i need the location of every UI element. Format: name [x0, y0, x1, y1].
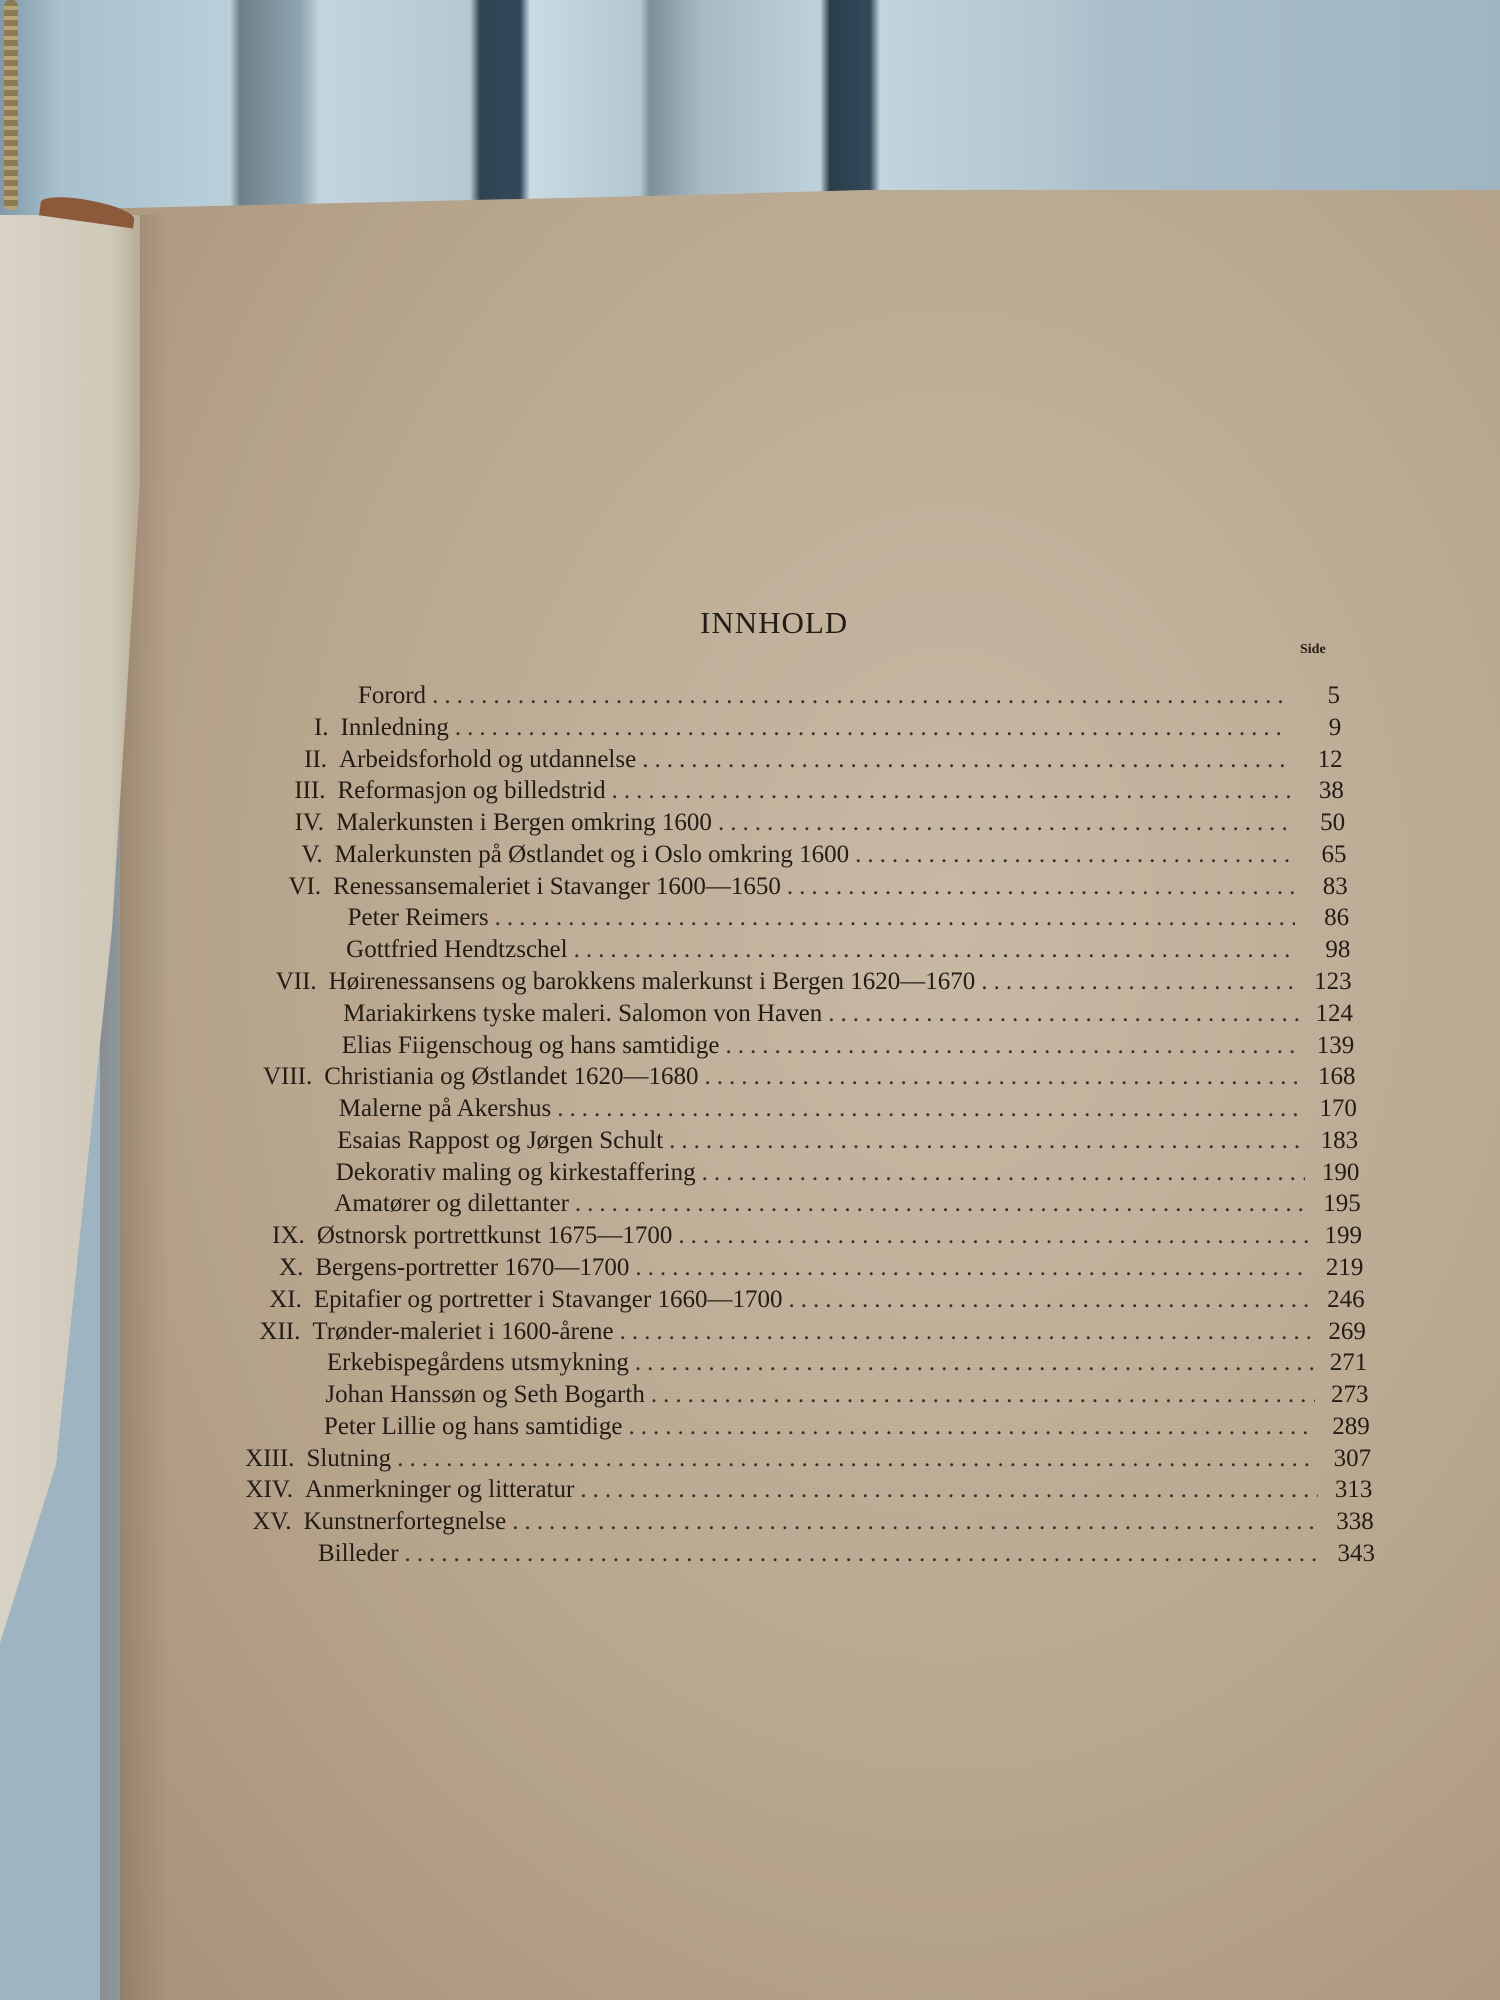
leader-dots: ........................................…	[705, 1063, 1302, 1091]
toc-entry: Esaias Rappost og Jørgen Schult.........…	[219, 1127, 1358, 1157]
page-number: 170	[1309, 1095, 1357, 1123]
chapter-number: XV.	[201, 1508, 291, 1536]
page-number: 269	[1318, 1318, 1366, 1346]
desk-lamp-arm	[4, 0, 18, 210]
toc-entry: Dekorativ maling og kirkestaffering.....…	[218, 1159, 1360, 1189]
leader-dots: ........................................…	[669, 1127, 1304, 1155]
toc-entry: Elias Fiigenschoug og hans samtidige....…	[224, 1032, 1355, 1062]
page-number: 289	[1322, 1413, 1370, 1441]
chapter-title: Trønder-maleriet i 1600-årene	[300, 1318, 613, 1346]
page-number: 139	[1306, 1032, 1354, 1060]
chapter-title: Forord	[330, 682, 426, 710]
toc-entry: XII.Trønder-maleriet i 1600-årene.......…	[210, 1318, 1366, 1348]
page-number: 338	[1326, 1508, 1374, 1536]
leader-dots: ........................................…	[432, 682, 1286, 710]
chapter-number: X.	[213, 1254, 303, 1282]
chapter-title: Peter Reimers	[320, 904, 489, 932]
toc-entry: XI.Epitafier og portretter i Stavanger 1…	[212, 1286, 1365, 1316]
leader-dots: ........................................…	[828, 1000, 1299, 1028]
chapter-title: Østnorsk portrettkunst 1675—1700	[305, 1222, 673, 1250]
page-number: 183	[1310, 1127, 1358, 1155]
leader-dots: ........................................…	[455, 714, 1287, 742]
toc-entry: Gottfried Hendtzschel...................…	[228, 936, 1350, 966]
chapter-title: Høirenessansens og barokkens malerkunst …	[317, 968, 976, 996]
toc-entry: XV.Kunstnerfortegnelse..................…	[201, 1508, 1373, 1538]
toc-entry: Johan Hanssøn og Seth Bogarth...........…	[207, 1381, 1368, 1411]
page-number: 168	[1308, 1063, 1356, 1091]
page-number: 271	[1319, 1349, 1367, 1377]
leader-dots: ........................................…	[678, 1222, 1308, 1250]
chapter-title: Erkebispegårdens utsmykning	[299, 1349, 629, 1377]
toc-entry: Forord..................................…	[240, 682, 1340, 712]
chapter-title: Dekorativ maling og kirkestaffering	[308, 1159, 696, 1187]
leader-dots: ........................................…	[725, 1032, 1300, 1060]
page-number: 65	[1298, 841, 1346, 869]
page-number: 124	[1305, 1000, 1353, 1028]
leader-dots: ........................................…	[620, 1318, 1312, 1346]
chapter-number: VI.	[231, 873, 321, 901]
leader-dots: ........................................…	[512, 1508, 1320, 1536]
page-number: 123	[1304, 968, 1352, 996]
chapter-number: XIII.	[204, 1445, 294, 1473]
leader-dots: ........................................…	[788, 1286, 1310, 1314]
chapter-title: Innledning	[329, 714, 449, 742]
page-number: 219	[1315, 1254, 1363, 1282]
chapter-title: Christiania og Østlandet 1620—1680	[312, 1063, 698, 1091]
chapter-title: Epitafier og portretter i Stavanger 1660…	[302, 1286, 783, 1314]
leader-dots: ........................................…	[574, 936, 1297, 964]
page-number: 195	[1313, 1190, 1361, 1218]
toc-entry: Erkebispegårdens utsmykning.............…	[209, 1349, 1367, 1379]
chapter-number: XII.	[210, 1318, 300, 1346]
chapter-title: Malerne på Akershus	[311, 1095, 551, 1123]
toc-title: INNHOLD	[700, 605, 848, 641]
page-number: 38	[1296, 777, 1344, 805]
chapter-title: Renessansemaleriet i Stavanger 1600—1650	[321, 873, 781, 901]
page-number: 190	[1311, 1159, 1359, 1187]
toc-entry: IV.Malerkunsten i Bergen omkring 1600...…	[234, 809, 1345, 839]
chapter-title: Johan Hanssøn og Seth Bogarth	[297, 1381, 644, 1409]
leader-dots: ........................................…	[635, 1254, 1309, 1282]
chapter-title: Kunstnerfortegnelse	[291, 1508, 506, 1536]
leader-dots: ........................................…	[702, 1159, 1306, 1187]
chapter-title: Malerkunsten i Bergen omkring 1600	[324, 809, 712, 837]
chapter-title: Mariakirkens tyske maleri. Salomon von H…	[315, 1000, 822, 1028]
page-number: 5	[1292, 682, 1340, 710]
chapter-title: Slutning	[294, 1445, 391, 1473]
leader-dots: ........................................…	[405, 1540, 1321, 1568]
page-number: 273	[1321, 1381, 1369, 1409]
leader-dots: ........................................…	[787, 873, 1294, 901]
toc-entry: Malerne på Akershus.....................…	[221, 1095, 1357, 1125]
toc-entry: VIII.Christiania og Østlandet 1620—1680.…	[222, 1063, 1355, 1093]
leader-dots: ........................................…	[495, 904, 1296, 932]
chapter-number: III.	[236, 777, 326, 805]
chapter-number: XI.	[212, 1286, 302, 1314]
page-number: 98	[1302, 936, 1350, 964]
chapter-title: Reformasjon og billedstrid	[326, 777, 606, 805]
page-number: 50	[1297, 809, 1345, 837]
chapter-number: II.	[237, 746, 327, 774]
leader-dots: ........................................…	[981, 968, 1297, 996]
page-number: 343	[1327, 1540, 1375, 1568]
page-number: 246	[1317, 1286, 1365, 1314]
page-number: 83	[1300, 873, 1348, 901]
toc-entry: VII.Høirenessansens og barokkens malerku…	[227, 968, 1352, 998]
page-number: 307	[1323, 1445, 1371, 1473]
toc-entry: VI.Renessansemaleriet i Stavanger 1600—1…	[231, 873, 1348, 903]
page-number: 12	[1295, 746, 1343, 774]
toc-entry: I.Innledning............................…	[239, 714, 1342, 744]
chapter-title: Arbeidsforhold og utdannelse	[327, 746, 636, 774]
chapter-number: I.	[239, 714, 329, 742]
page-number: 9	[1293, 714, 1341, 742]
chapter-title: Elias Fiigenschoug og hans samtidige	[314, 1032, 720, 1060]
leader-dots: ........................................…	[397, 1445, 1317, 1473]
leader-dots: ........................................…	[575, 1190, 1307, 1218]
toc-entry: Peter Reimers...........................…	[230, 904, 1349, 934]
chapter-title: Peter Lillie og hans samtidige	[296, 1413, 623, 1441]
toc-entry: X.Bergens-portretter 1670—1700..........…	[213, 1254, 1363, 1284]
leader-dots: ........................................…	[557, 1095, 1303, 1123]
chapter-number: V.	[233, 841, 323, 869]
toc-entry: V.Malerkunsten på Østlandet og i Oslo om…	[233, 841, 1347, 871]
chapter-title: Amatører og dilettanter	[306, 1190, 569, 1218]
chapter-number: XIV.	[203, 1476, 293, 1504]
toc-entry: Amatører og dilettanter.................…	[216, 1190, 1360, 1220]
toc-entry: Billeder................................…	[200, 1540, 1375, 1570]
chapter-number: VII.	[227, 968, 317, 996]
chapter-number: IV.	[234, 809, 324, 837]
chapter-number: IX.	[215, 1222, 305, 1250]
chapter-title: Malerkunsten på Østlandet og i Oslo omkr…	[323, 841, 850, 869]
leader-dots: ........................................…	[651, 1381, 1315, 1409]
toc-entry: XIII.Slutning...........................…	[204, 1445, 1371, 1475]
leader-dots: ........................................…	[580, 1476, 1318, 1504]
chapter-title: Esaias Rappost og Jørgen Schult	[309, 1127, 663, 1155]
page-number: 199	[1314, 1222, 1362, 1250]
chapter-title: Anmerkninger og litteratur	[293, 1476, 574, 1504]
leader-dots: ........................................…	[855, 841, 1292, 869]
chapter-number: VIII.	[222, 1063, 312, 1091]
page-number: 313	[1324, 1476, 1372, 1504]
toc-entry: Mariakirkens tyske maleri. Salomon von H…	[225, 1000, 1353, 1030]
toc-entry: XIV.Anmerkninger og litteratur..........…	[203, 1476, 1372, 1506]
toc-entry: III.Reformasjon og billedstrid..........…	[236, 777, 1344, 807]
leader-dots: ........................................…	[635, 1349, 1313, 1377]
page-column-header: Side	[1300, 642, 1326, 658]
toc-entry: Peter Lillie og hans samtidige..........…	[206, 1413, 1370, 1443]
chapter-title: Billeder	[290, 1540, 399, 1568]
toc-entry: IX.Østnorsk portrettkunst 1675—1700.....…	[215, 1222, 1362, 1252]
leader-dots: ........................................…	[612, 777, 1290, 805]
chapter-title: Gottfried Hendtzschel	[318, 936, 567, 964]
leader-dots: ........................................…	[642, 746, 1288, 774]
page-number: 86	[1301, 904, 1349, 932]
leader-dots: ........................................…	[718, 809, 1291, 837]
chapter-title: Bergens-portretter 1670—1700	[303, 1254, 629, 1282]
leader-dots: ........................................…	[628, 1413, 1315, 1441]
toc-entry: II.Arbeidsforhold og utdannelse.........…	[237, 746, 1343, 776]
